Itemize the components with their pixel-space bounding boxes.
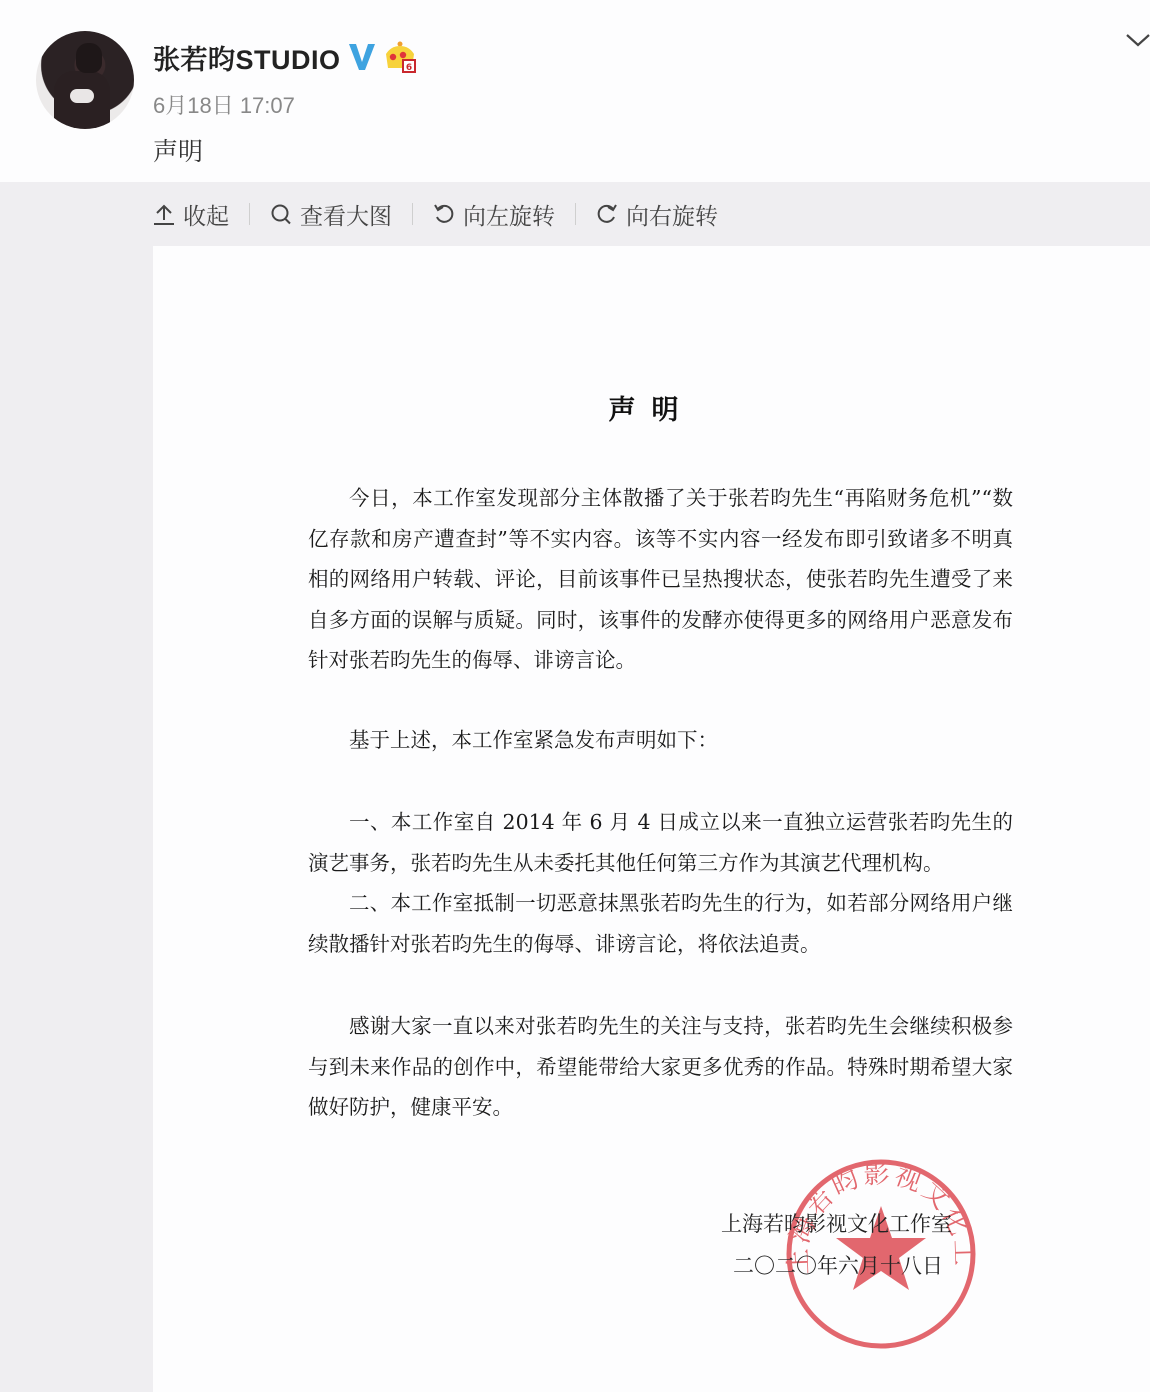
post-header: 张若昀STUDIO 6 6月18日 17:07 声明 <box>0 0 1150 182</box>
post-timestamp[interactable]: 6月18日 17:07 <box>153 89 295 120</box>
verified-v-icon <box>347 40 377 72</box>
rotate-left-icon <box>433 202 455 226</box>
signature-date: 二〇二〇年六月十八日 <box>733 1250 943 1280</box>
rotate-right-button[interactable]: 向右旋转 <box>596 198 718 231</box>
username-link[interactable]: 张若昀STUDIO <box>153 38 341 77</box>
document-title: 声明 <box>153 388 1150 427</box>
statement-image[interactable]: 声明 今日，本工作室发现部分主体散播了关于张若昀先生“再陷财务危机”“数亿存款和… <box>153 246 1150 1392</box>
image-viewer: 收起 查看大图 向左旋转 向右旋转 声明 <box>0 182 1150 1392</box>
post-text: 声明 <box>153 132 203 168</box>
rotate-left-button[interactable]: 向左旋转 <box>433 198 555 231</box>
rotate-right-icon <box>596 202 618 226</box>
avatar-shirt-print <box>70 89 94 103</box>
avatar-head <box>76 43 102 73</box>
document-paragraph: 今日，本工作室发现部分主体散播了关于张若昀先生“再陷财务危机”“数亿存款和房产遭… <box>308 478 1013 681</box>
toolbar-divider <box>249 203 250 225</box>
collapse-up-icon <box>153 202 175 226</box>
view-large-label: 查看大图 <box>300 198 392 231</box>
document-paragraph: 基于上述，本工作室紧急发布声明如下： <box>308 720 1013 761</box>
collapse-label: 收起 <box>183 198 229 231</box>
rotate-left-label: 向左旋转 <box>463 198 555 231</box>
search-icon <box>270 202 292 226</box>
collapse-button[interactable]: 收起 <box>153 198 229 231</box>
avatar[interactable] <box>36 31 134 129</box>
toolbar-divider <box>412 203 413 225</box>
document-paragraph: 二、本工作室抵制一切恶意抹黑张若昀先生的行为，如若部分网络用户继续散播针对张若昀… <box>308 883 1013 964</box>
chevron-down-icon[interactable] <box>1124 30 1150 50</box>
view-large-button[interactable]: 查看大图 <box>270 198 392 231</box>
svg-text:6: 6 <box>406 63 412 73</box>
rotate-right-label: 向右旋转 <box>626 198 718 231</box>
document-paragraph: 一、本工作室自 2014 年 6 月 4 日成立以来一直独立运营张若昀先生的演艺… <box>308 802 1013 883</box>
signature-organization: 上海若昀影视文化工作室 <box>721 1208 952 1238</box>
image-toolbar: 收起 查看大图 向左旋转 向右旋转 <box>153 196 718 232</box>
document-paragraph: 感谢大家一直以来对张若昀先生的关注与支持，张若昀先生会继续积极参与到未来作品的创… <box>308 1006 1013 1128</box>
toolbar-divider <box>575 203 576 225</box>
crown-level-6-icon[interactable]: 6 <box>383 40 417 74</box>
